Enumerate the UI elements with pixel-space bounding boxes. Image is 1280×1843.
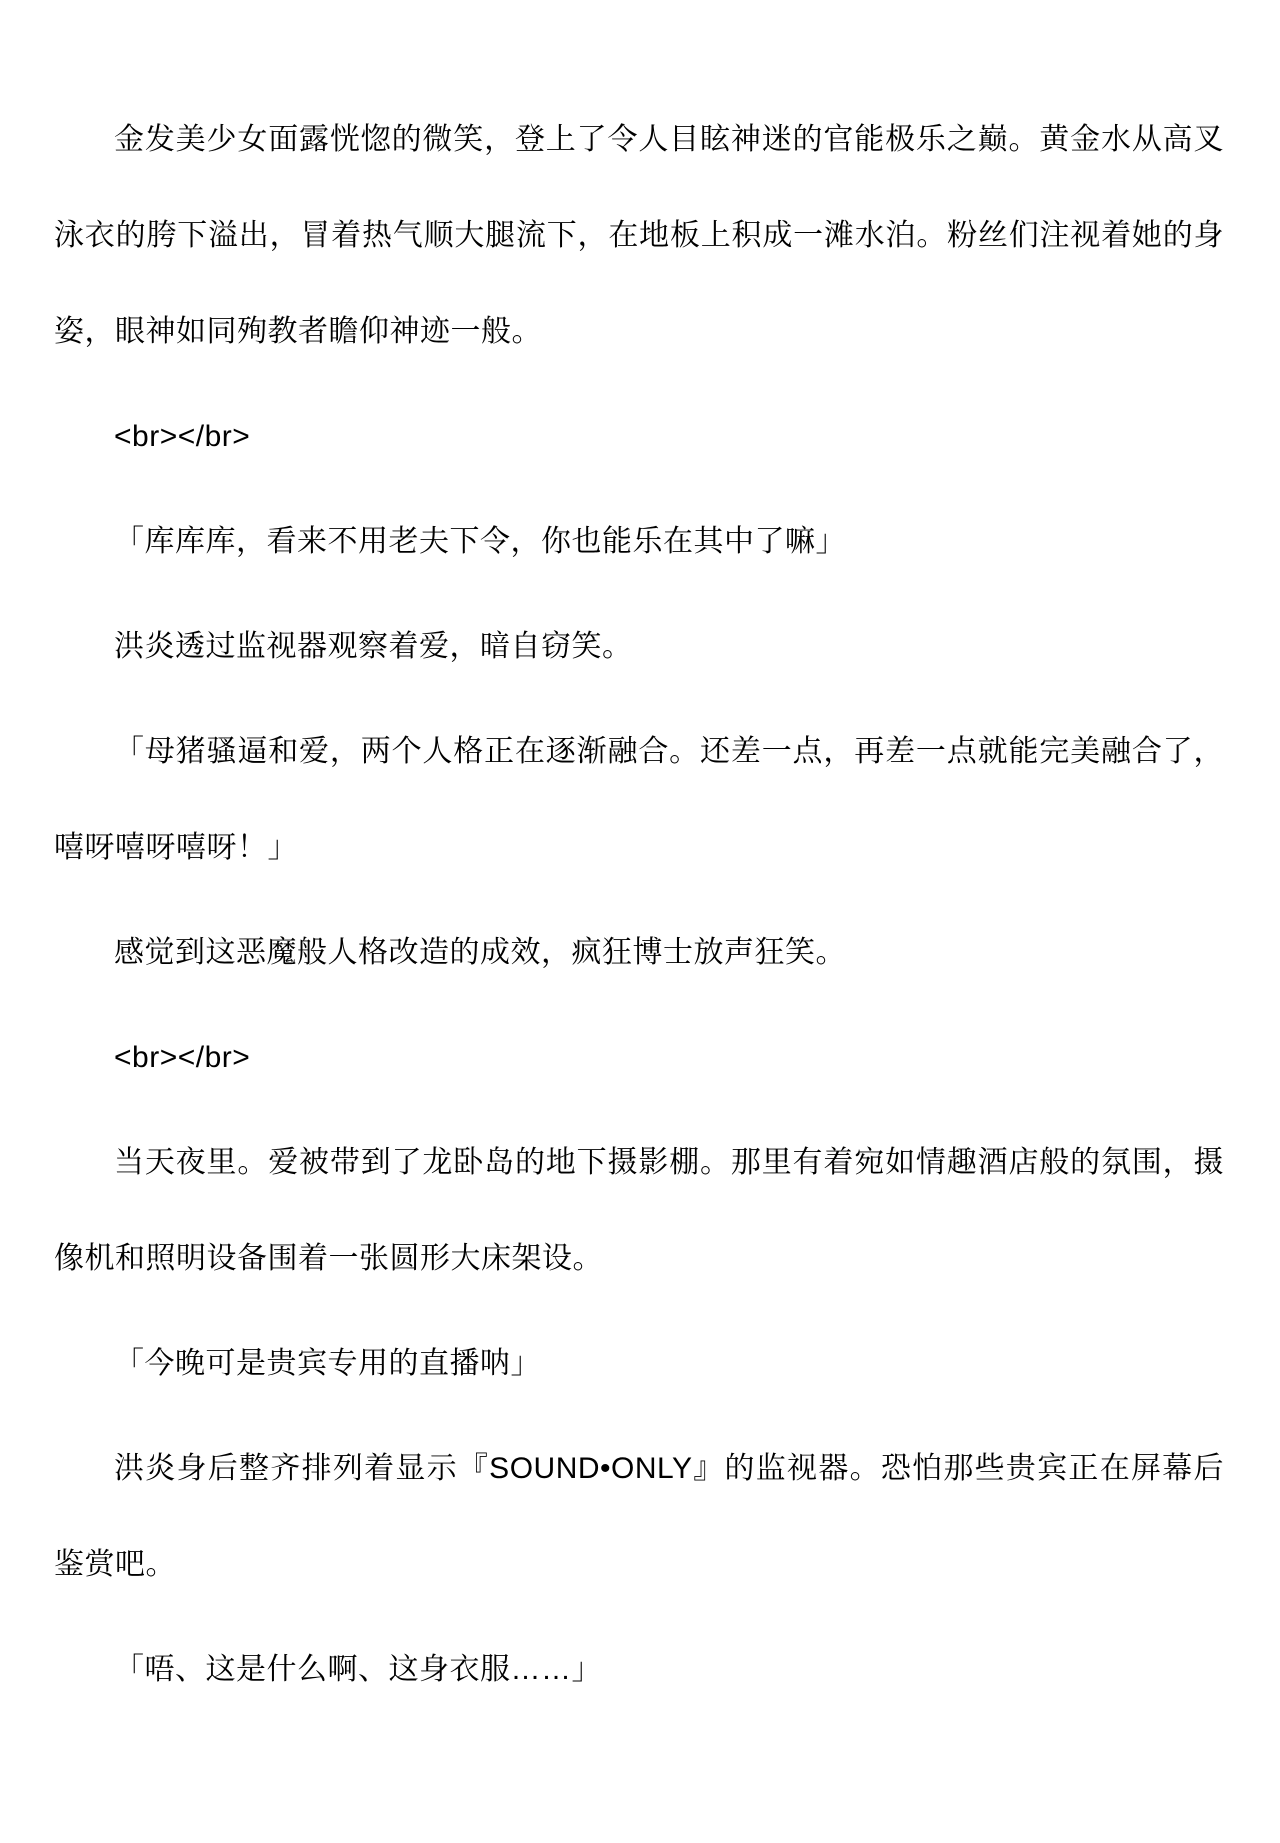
paragraph-dialogue: 「今晚可是贵宾专用的直播呐」 <box>54 1316 1224 1412</box>
paragraph-break-tag: <br></br> <box>54 1010 1224 1106</box>
paragraph-narration: 洪炎身后整齐排列着显示『SOUND•ONLY』的监视器。恐怕那些贵宾正在屏幕后鉴… <box>54 1421 1224 1613</box>
paragraph-narration: 当天夜里。爱被带到了龙卧岛的地下摄影棚。那里有着宛如情趣酒店般的氛围，摄像机和照… <box>54 1115 1224 1307</box>
paragraph-dialogue: 「母猪骚逼和爱，两个人格正在逐渐融合。还差一点，再差一点就能完美融合了，嘻呀嘻呀… <box>54 704 1224 896</box>
paragraph-dialogue: 「唔、这是什么啊、这身衣服……」 <box>54 1622 1224 1718</box>
novel-text-page: 金发美少女面露恍惚的微笑，登上了令人目眩神迷的官能极乐之巅。黄金水从高叉泳衣的胯… <box>0 0 1280 1843</box>
paragraph-narration: 金发美少女面露恍惚的微笑，登上了令人目眩神迷的官能极乐之巅。黄金水从高叉泳衣的胯… <box>54 92 1224 380</box>
paragraph-break-tag: <br></br> <box>54 389 1224 485</box>
paragraph-dialogue: 「库库库，看来不用老夫下令，你也能乐在其中了嘛」 <box>54 494 1224 590</box>
paragraph-narration: 感觉到这恶魔般人格改造的成效，疯狂博士放声狂笑。 <box>54 905 1224 1001</box>
paragraph-narration: 洪炎透过监视器观察着爱，暗自窃笑。 <box>54 599 1224 695</box>
